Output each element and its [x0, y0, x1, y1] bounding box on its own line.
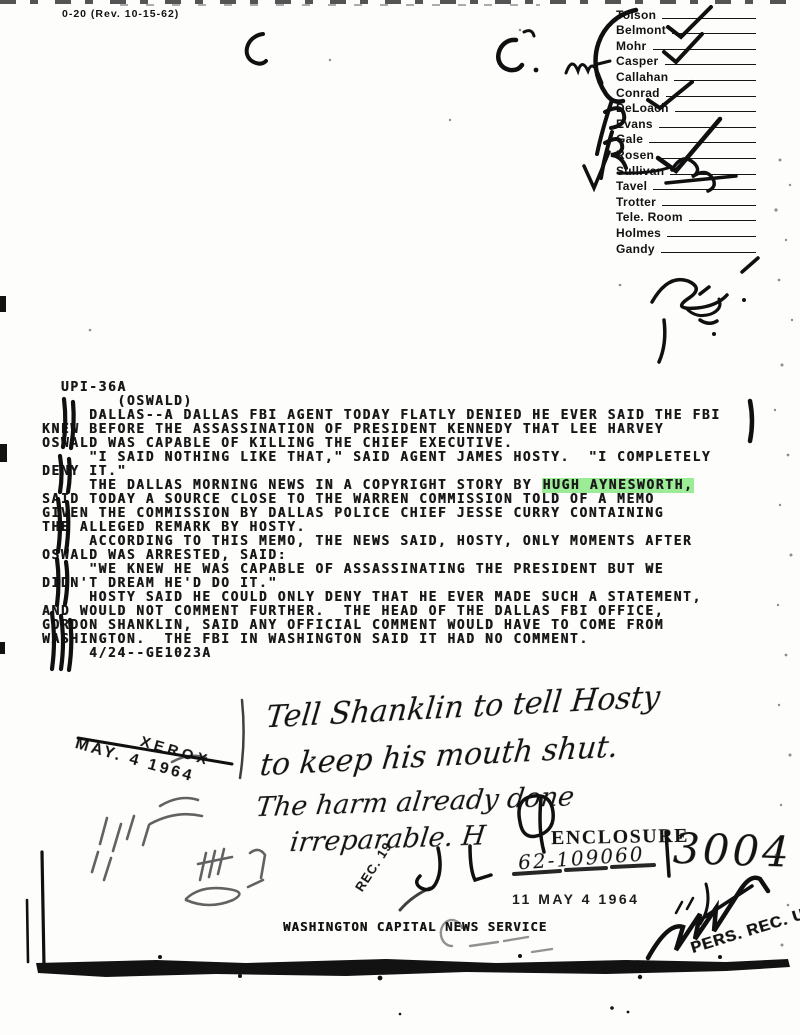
routing-blank-line — [674, 80, 756, 81]
routing-blank-line — [660, 158, 756, 159]
routing-blank-line — [670, 174, 756, 175]
received-date-stamp: 11 MAY 4 1964 — [512, 891, 639, 907]
routing-row: DeLoach — [616, 100, 758, 116]
body-line: ACCORDING TO THIS MEMO, THE NEWS SAID, H… — [42, 535, 721, 549]
body-line: 4/24--GE1023A — [42, 647, 721, 661]
routing-blank-line — [659, 127, 756, 128]
routing-name: Sullivan — [616, 164, 664, 178]
routing-row: Belmont — [616, 22, 758, 38]
body-line: UPI-36A — [42, 381, 721, 395]
routing-blank-line — [666, 96, 756, 97]
routing-name: Tolson — [616, 8, 656, 22]
body-line: KNEW BEFORE THE ASSASSINATION OF PRESIDE… — [42, 423, 721, 437]
routing-name: Casper — [616, 54, 659, 68]
handwritten-note-line-3: The harm already done — [254, 781, 576, 823]
body-line: OSWALD WAS ARRESTED, SAID: — [42, 549, 721, 563]
body-line: DENY IT." — [42, 465, 721, 479]
routing-name: Trotter — [616, 195, 656, 209]
routing-row: Conrad — [616, 84, 758, 100]
handwritten-note-line-2: to keep his mouth shut. — [258, 729, 620, 783]
pers-rec-stamp: PERS. REC. UN — [689, 902, 800, 958]
routing-row: Holmes — [616, 224, 758, 240]
routing-blank-line — [649, 142, 756, 143]
routing-blank-line — [662, 205, 756, 206]
body-line: DALLAS--A DALLAS FBI AGENT TODAY FLATLY … — [42, 409, 721, 423]
routing-name: Tele. Room — [616, 210, 683, 224]
routing-blank-line — [667, 236, 756, 237]
routing-name: Callahan — [616, 70, 668, 84]
routing-row: Rosen — [616, 146, 758, 162]
body-line: GORDON SHANKLIN, SAID ANY OFFICIAL COMME… — [42, 619, 721, 633]
body-line: GIVEN THE COMMISSION BY DALLAS POLICE CH… — [42, 507, 721, 521]
handwritten-file-number: 62-109060 — [517, 842, 645, 875]
routing-name: Evans — [616, 117, 653, 131]
routing-name: Mohr — [616, 39, 647, 53]
routing-row: Sullivan — [616, 162, 758, 178]
handwritten-serial-number: 3004 — [672, 824, 793, 877]
routing-row: Callahan — [616, 68, 758, 84]
routing-row: Gale — [616, 131, 758, 147]
routing-blank-line — [653, 189, 756, 190]
routing-row: Tele. Room — [616, 209, 758, 225]
routing-name: Tavel — [616, 179, 647, 193]
routing-name: Holmes — [616, 226, 661, 240]
scan-edge-artifact-2 — [120, 4, 540, 6]
routing-name: Rosen — [616, 148, 654, 162]
routing-blank-line — [675, 111, 756, 112]
routing-row: Tolson — [616, 6, 758, 22]
routing-row: Mohr — [616, 37, 758, 53]
routing-blank-line — [662, 18, 756, 19]
scan-bar-artifact — [36, 959, 790, 977]
body-line: "WE KNEW HE WAS CAPABLE OF ASSASSINATING… — [42, 563, 721, 577]
routing-name: Conrad — [616, 86, 660, 100]
body-line: DIDN'T DREAM HE'D DO IT." — [42, 577, 721, 591]
routing-name: Gale — [616, 132, 643, 146]
checkmark-icon — [584, 152, 609, 188]
news-service-line: WASHINGTON CAPITAL NEWS SERVICE — [283, 919, 547, 934]
routing-blank-line — [661, 252, 756, 253]
body-line: SAID TODAY A SOURCE CLOSE TO THE WARREN … — [42, 493, 721, 507]
body-line: THE DALLAS MORNING NEWS IN A COPYRIGHT S… — [42, 479, 721, 493]
routing-row: Gandy — [616, 240, 758, 256]
handwritten-note-line-4: irreparable. H — [288, 820, 487, 858]
routing-row: Trotter — [616, 193, 758, 209]
routing-blank-line — [689, 220, 756, 221]
handwritten-note-line-1: Tell Shanklin to tell Hosty — [264, 679, 661, 735]
routing-blank-line — [672, 33, 756, 34]
body-line: "I SAID NOTHING LIKE THAT," SAID AGENT J… — [42, 451, 721, 465]
body-line: OSWALD WAS CAPABLE OF KILLING THE CHIEF … — [42, 437, 721, 451]
body-line: (OSWALD) — [42, 395, 721, 409]
routing-name: DeLoach — [616, 101, 669, 115]
routing-row: Evans — [616, 115, 758, 131]
form-number: 0-20 (Rev. 10-15-62) — [62, 8, 179, 20]
wire-story-body: UPI-36A (OSWALD) DALLAS--A DALLAS FBI AG… — [42, 381, 721, 661]
highlighted-name: HUGH AYNESWORTH, — [542, 478, 695, 493]
scanned-document-page: 0-20 (Rev. 10-15-62) TolsonBelmontMohrCa… — [0, 0, 800, 1035]
routing-blank-line — [665, 64, 757, 65]
routing-row: Casper — [616, 53, 758, 69]
body-line: THE ALLEGED REMARK BY HOSTY. — [42, 521, 721, 535]
routing-row: Tavel — [616, 178, 758, 194]
routing-blank-line — [653, 49, 756, 50]
copy-mark-icon — [247, 34, 266, 64]
body-line: HOSTY SAID HE COULD ONLY DENY THAT HE EV… — [42, 591, 721, 605]
copy-mark-icon — [498, 40, 522, 70]
routing-name: Gandy — [616, 242, 655, 256]
routing-list: TolsonBelmontMohrCasperCallahanConradDeL… — [616, 6, 758, 256]
body-line: WASHINGTON. THE FBI IN WASHINGTON SAID I… — [42, 633, 721, 647]
body-line: AND WOULD NOT COMMENT FURTHER. THE HEAD … — [42, 605, 721, 619]
routing-name: Belmont — [616, 23, 666, 37]
